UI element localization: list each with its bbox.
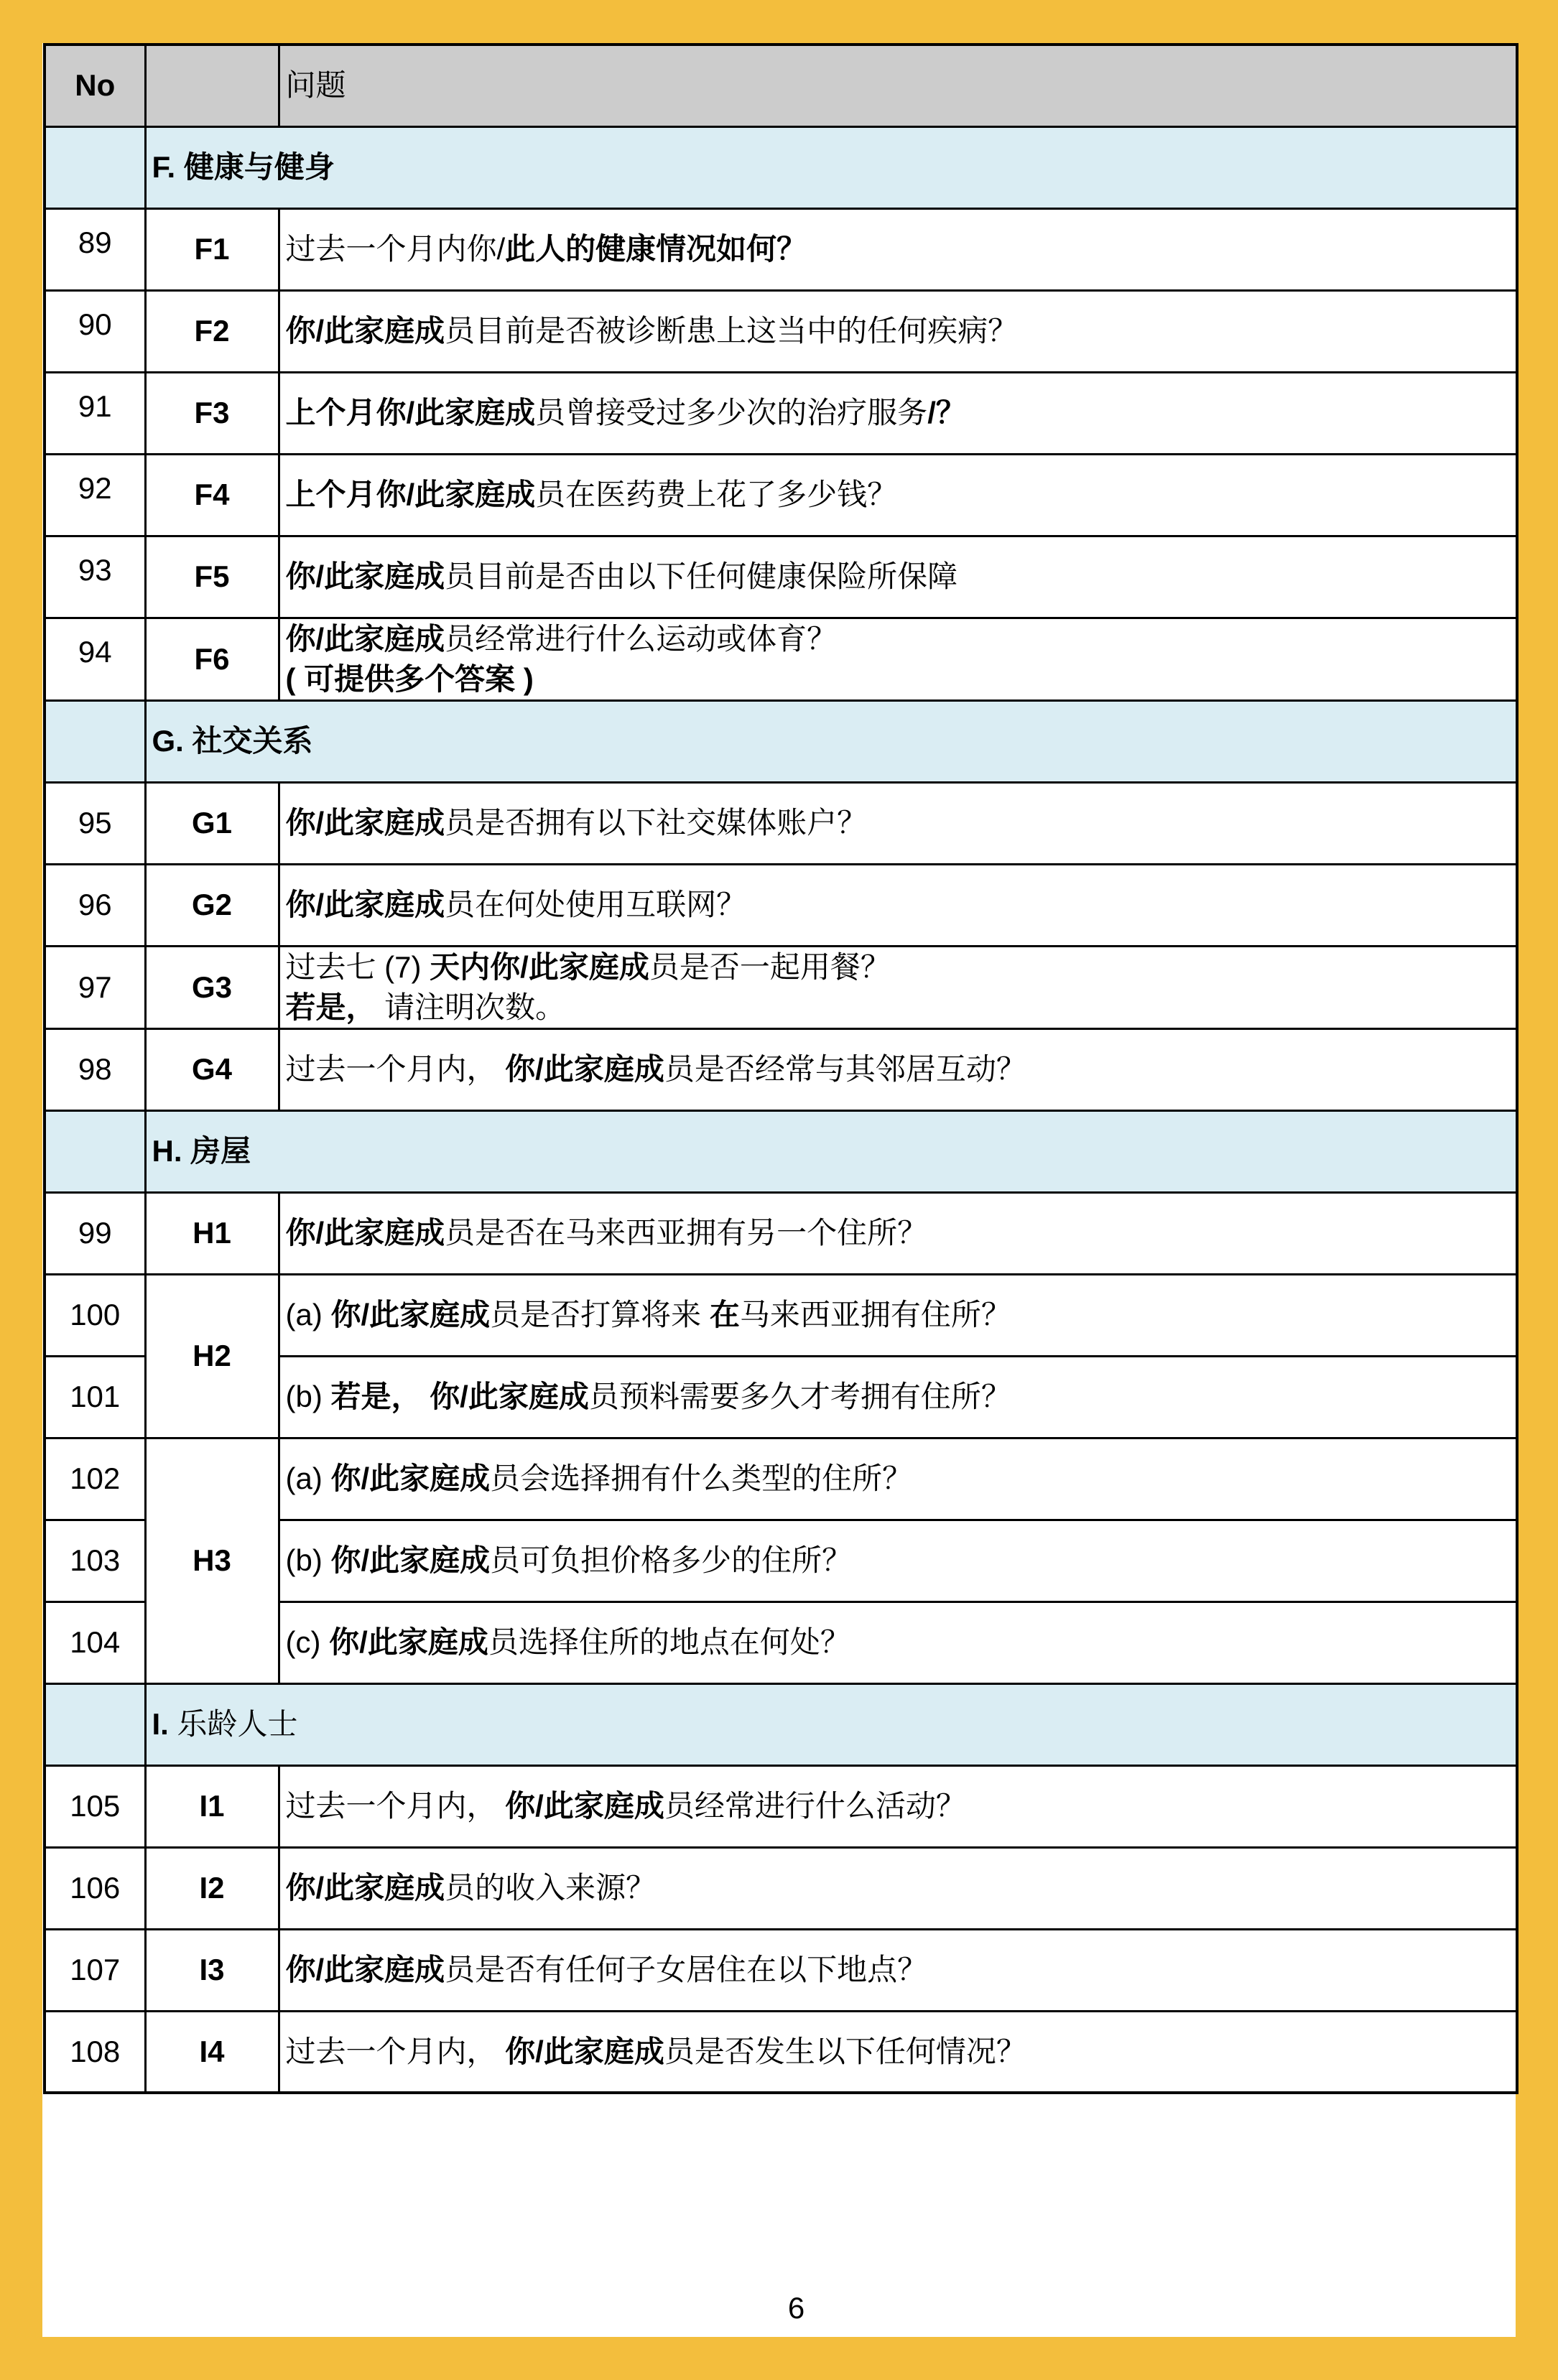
section-row: F. 健康与健身 — [45, 126, 1517, 208]
question-text-regular: 过去一个月内， — [286, 1789, 506, 1823]
page-number: 6 — [42, 2291, 1516, 2325]
question-text-bold: 天内你/此家庭成 — [430, 950, 649, 984]
question-text: (b) 若是， 你/此家庭成员预料需要多久才考拥有住所？ — [279, 1356, 1517, 1438]
question-text-regular: (a) — [286, 1461, 331, 1495]
question-row: 96G2你/此家庭成员在何处使用互联网？ — [45, 864, 1517, 946]
question-text-bold: 你/此家庭成 — [286, 559, 445, 593]
question-number: 108 — [45, 2011, 145, 2093]
question-number: 96 — [45, 864, 145, 946]
question-text-regular: 员的收入来源？ — [445, 1871, 656, 1905]
section-no-cell — [45, 700, 145, 782]
question-number: 98 — [45, 1028, 145, 1110]
question-row: 102H3(a) 你/此家庭成员会选择拥有什么类型的住所？ — [45, 1438, 1517, 1520]
question-text-bold: 你/此家庭成 — [329, 1625, 488, 1659]
question-row: 89F1过去一个月内你/此人的健康情况如何？ — [45, 208, 1517, 290]
question-text: 你/此家庭成员是否有任何子女居住在以下地点？ — [279, 1929, 1517, 2011]
question-code: F4 — [145, 454, 279, 536]
question-code: F5 — [145, 536, 279, 618]
question-text-bold: 此人的健康情况如何？ — [505, 232, 807, 266]
question-number: 89 — [45, 208, 145, 290]
question-text-regular: 员目前是否被诊断患上这当中的任何疾病？ — [445, 314, 1018, 348]
section-title: F. 健康与健身 — [145, 126, 1517, 208]
question-row: 94F6你/此家庭成员经常进行什么运动或体育？( 可提供多个答案 ) — [45, 618, 1517, 700]
question-number: 102 — [45, 1438, 145, 1520]
question-row: 99H1你/此家庭成员是否在马来西亚拥有另一个住所？ — [45, 1192, 1517, 1274]
question-code: I1 — [145, 1765, 279, 1847]
question-text-regular: 请注明次数。 — [376, 990, 566, 1024]
question-text: 你/此家庭成员目前是否由以下任何健康保险所保障 — [279, 536, 1517, 618]
question-row: 92F4上个月你/此家庭成员在医药费上花了多少钱？ — [45, 454, 1517, 536]
question-text-bold: 上个月你/此家庭成 — [286, 396, 536, 429]
question-number: 99 — [45, 1192, 145, 1274]
question-text-regular: 员预料需要多久才考拥有住所？ — [589, 1380, 1011, 1413]
question-row: 91F3上个月你/此家庭成员曾接受过多少次的治疗服务/？ — [45, 372, 1517, 454]
section-no-cell — [45, 1683, 145, 1765]
section-title-regular: 乐龄人士 — [169, 1707, 298, 1741]
question-text-bold: 若是， — [286, 990, 376, 1024]
question-text-regular: 员在何处使用互联网？ — [445, 888, 746, 921]
question-text: 你/此家庭成员在何处使用互联网？ — [279, 864, 1517, 946]
question-number: 103 — [45, 1520, 145, 1602]
question-text-bold: 在 — [710, 1298, 740, 1331]
section-title: G. 社交关系 — [145, 700, 1517, 782]
question-text-bold: 你/此家庭成 — [331, 1298, 491, 1331]
section-row: H. 房屋 — [45, 1110, 1517, 1192]
question-number: 94 — [45, 618, 145, 700]
question-code: F3 — [145, 372, 279, 454]
question-text-regular: 员经常进行什么运动或体育？ — [445, 622, 837, 656]
question-text-bold: 你/此家庭成 — [286, 888, 445, 921]
section-title: I. 乐龄人士 — [145, 1683, 1517, 1765]
question-text-regular: (a) — [286, 1298, 331, 1331]
question-text-regular: 过去一个月内你/ — [286, 232, 506, 266]
question-text-bold: 你/此家庭成 — [505, 2035, 664, 2068]
question-text: 过去一个月内， 你/此家庭成员是否经常与其邻居互动？ — [279, 1028, 1517, 1110]
question-text-bold: 你/此家庭成 — [286, 622, 445, 656]
question-text-bold: /？ — [927, 396, 966, 429]
question-text-regular: 员是否有任何子女居住在以下地点？ — [445, 1953, 927, 1986]
question-text: 你/此家庭成员是否拥有以下社交媒体账户？ — [279, 782, 1517, 864]
section-title-bold: H. 房屋 — [152, 1134, 251, 1168]
question-text: 你/此家庭成员目前是否被诊断患上这当中的任何疾病？ — [279, 290, 1517, 372]
section-title-bold: F. 健康与健身 — [152, 150, 335, 184]
question-text: (a) 你/此家庭成员会选择拥有什么类型的住所？ — [279, 1438, 1517, 1520]
question-number: 93 — [45, 536, 145, 618]
question-text: 过去一个月内， 你/此家庭成员经常进行什么活动？ — [279, 1765, 1517, 1847]
question-code: G4 — [145, 1028, 279, 1110]
question-number: 90 — [45, 290, 145, 372]
question-number: 107 — [45, 1929, 145, 2011]
question-code: F1 — [145, 208, 279, 290]
question-text: 过去七 (7) 天内你/此家庭成员是否一起用餐？若是， 请注明次数。 — [279, 946, 1517, 1028]
question-text-bold: ( 可提供多个答案 ) — [286, 662, 534, 696]
question-code: I3 — [145, 1929, 279, 2011]
question-row: 107I3你/此家庭成员是否有任何子女居住在以下地点？ — [45, 1929, 1517, 2011]
section-no-cell — [45, 1110, 145, 1192]
question-row: 93F5你/此家庭成员目前是否由以下任何健康保险所保障 — [45, 536, 1517, 618]
header-code — [145, 45, 279, 126]
question-row: 90F2你/此家庭成员目前是否被诊断患上这当中的任何疾病？ — [45, 290, 1517, 372]
question-row: 105I1过去一个月内， 你/此家庭成员经常进行什么活动？ — [45, 1765, 1517, 1847]
question-text-bold: 你/此家庭成 — [331, 1461, 491, 1495]
question-text-regular: 员选择住所的地点在何处？ — [488, 1625, 850, 1659]
question-text-bold: 你/此家庭成 — [331, 1543, 491, 1577]
question-text-regular: 员是否经常与其邻居互动？ — [664, 1052, 1026, 1086]
question-code: I2 — [145, 1847, 279, 1929]
question-text-regular: 员是否打算将来 — [490, 1298, 710, 1331]
question-text: 你/此家庭成员是否在马来西亚拥有另一个住所？ — [279, 1192, 1517, 1274]
question-text-regular: 员目前是否由以下任何健康保险所保障 — [445, 559, 957, 593]
question-text-bold: 你/此家庭成 — [286, 806, 445, 840]
question-text: 过去一个月内你/此人的健康情况如何？ — [279, 208, 1517, 290]
question-row: 98G4过去一个月内， 你/此家庭成员是否经常与其邻居互动？ — [45, 1028, 1517, 1110]
header-no: No — [45, 45, 145, 126]
question-number: 106 — [45, 1847, 145, 1929]
question-code: G3 — [145, 946, 279, 1028]
question-text-regular: 员是否发生以下任何情况？ — [664, 2035, 1026, 2068]
question-code: H2 — [145, 1274, 279, 1438]
question-code: F2 — [145, 290, 279, 372]
question-text-regular: 员会选择拥有什么类型的住所？ — [490, 1461, 912, 1495]
question-code: G2 — [145, 864, 279, 946]
question-text-regular: 员是否在马来西亚拥有另一个住所？ — [445, 1216, 927, 1250]
question-text-bold: 你/此家庭成 — [286, 1953, 445, 1986]
question-code: H1 — [145, 1192, 279, 1274]
question-text-bold: 你/此家庭成 — [286, 314, 445, 348]
question-text-regular: 员经常进行什么活动？ — [664, 1789, 966, 1823]
section-title-bold: G. 社交关系 — [152, 724, 313, 758]
question-code: I4 — [145, 2011, 279, 2093]
question-code: H3 — [145, 1438, 279, 1683]
question-number: 95 — [45, 782, 145, 864]
question-text-regular: 员曾接受过多少次的治疗服务 — [535, 396, 927, 429]
section-row: G. 社交关系 — [45, 700, 1517, 782]
question-text-regular: (b) — [286, 1543, 331, 1577]
section-title: H. 房屋 — [145, 1110, 1517, 1192]
question-text-bold: 你/此家庭成 — [286, 1871, 445, 1905]
question-text-regular: 过去七 (7) — [286, 950, 430, 984]
question-number: 100 — [45, 1274, 145, 1356]
question-text-regular: 员是否拥有以下社交媒体账户？ — [445, 806, 867, 840]
question-number: 104 — [45, 1602, 145, 1683]
question-row: 106I2你/此家庭成员的收入来源？ — [45, 1847, 1517, 1929]
question-number: 105 — [45, 1765, 145, 1847]
question-row: 108I4过去一个月内， 你/此家庭成员是否发生以下任何情况？ — [45, 2011, 1517, 2093]
question-text-regular: (b) — [286, 1380, 331, 1413]
question-text-regular: 过去一个月内， — [286, 2035, 506, 2068]
section-no-cell — [45, 126, 145, 208]
question-text-regular: 员在医药费上花了多少钱？ — [535, 478, 897, 511]
question-text-bold: 你/此家庭成 — [505, 1052, 664, 1086]
question-number: 101 — [45, 1356, 145, 1438]
section-row: I. 乐龄人士 — [45, 1683, 1517, 1765]
question-text-regular: 员可负担价格多少的住所？ — [490, 1543, 852, 1577]
question-row: 100H2(a) 你/此家庭成员是否打算将来 在马来西亚拥有住所？ — [45, 1274, 1517, 1356]
question-number: 92 — [45, 454, 145, 536]
question-text: 上个月你/此家庭成员在医药费上花了多少钱？ — [279, 454, 1517, 536]
table-header-row: No 问题 — [45, 45, 1517, 126]
question-code: G1 — [145, 782, 279, 864]
question-text-regular: 马来西亚拥有住所？ — [740, 1298, 1011, 1331]
question-number: 97 — [45, 946, 145, 1028]
question-code: F6 — [145, 618, 279, 700]
question-text-regular: 员是否一起用餐？ — [649, 950, 891, 984]
question-text: 上个月你/此家庭成员曾接受过多少次的治疗服务/？ — [279, 372, 1517, 454]
question-text-bold: 你/此家庭成 — [430, 1380, 589, 1413]
question-row: 95G1你/此家庭成员是否拥有以下社交媒体账户？ — [45, 782, 1517, 864]
question-text: (a) 你/此家庭成员是否打算将来 在马来西亚拥有住所？ — [279, 1274, 1517, 1356]
question-number: 91 — [45, 372, 145, 454]
document-page: No 问题 F. 健康与健身89F1过去一个月内你/此人的健康情况如何？90F2… — [42, 43, 1516, 2337]
question-text-bold: 你/此家庭成 — [505, 1789, 664, 1823]
question-text: 你/此家庭成员经常进行什么运动或体育？( 可提供多个答案 ) — [279, 618, 1517, 700]
question-text-bold: 上个月你/此家庭成 — [286, 478, 536, 511]
header-question: 问题 — [279, 45, 1517, 126]
question-text: (c) 你/此家庭成员选择住所的地点在何处？ — [279, 1602, 1517, 1683]
question-text-regular: 过去一个月内， — [286, 1052, 506, 1086]
question-text: (b) 你/此家庭成员可负担价格多少的住所？ — [279, 1520, 1517, 1602]
questionnaire-table: No 问题 F. 健康与健身89F1过去一个月内你/此人的健康情况如何？90F2… — [43, 43, 1518, 2094]
question-row: 97G3过去七 (7) 天内你/此家庭成员是否一起用餐？若是， 请注明次数。 — [45, 946, 1517, 1028]
question-text-bold: 你/此家庭成 — [286, 1216, 445, 1250]
question-text-bold: 若是， — [331, 1380, 430, 1413]
question-text-regular: (c) — [286, 1625, 330, 1659]
question-text: 过去一个月内， 你/此家庭成员是否发生以下任何情况？ — [279, 2011, 1517, 2093]
section-title-bold: I. — [152, 1707, 169, 1741]
question-text: 你/此家庭成员的收入来源？ — [279, 1847, 1517, 1929]
